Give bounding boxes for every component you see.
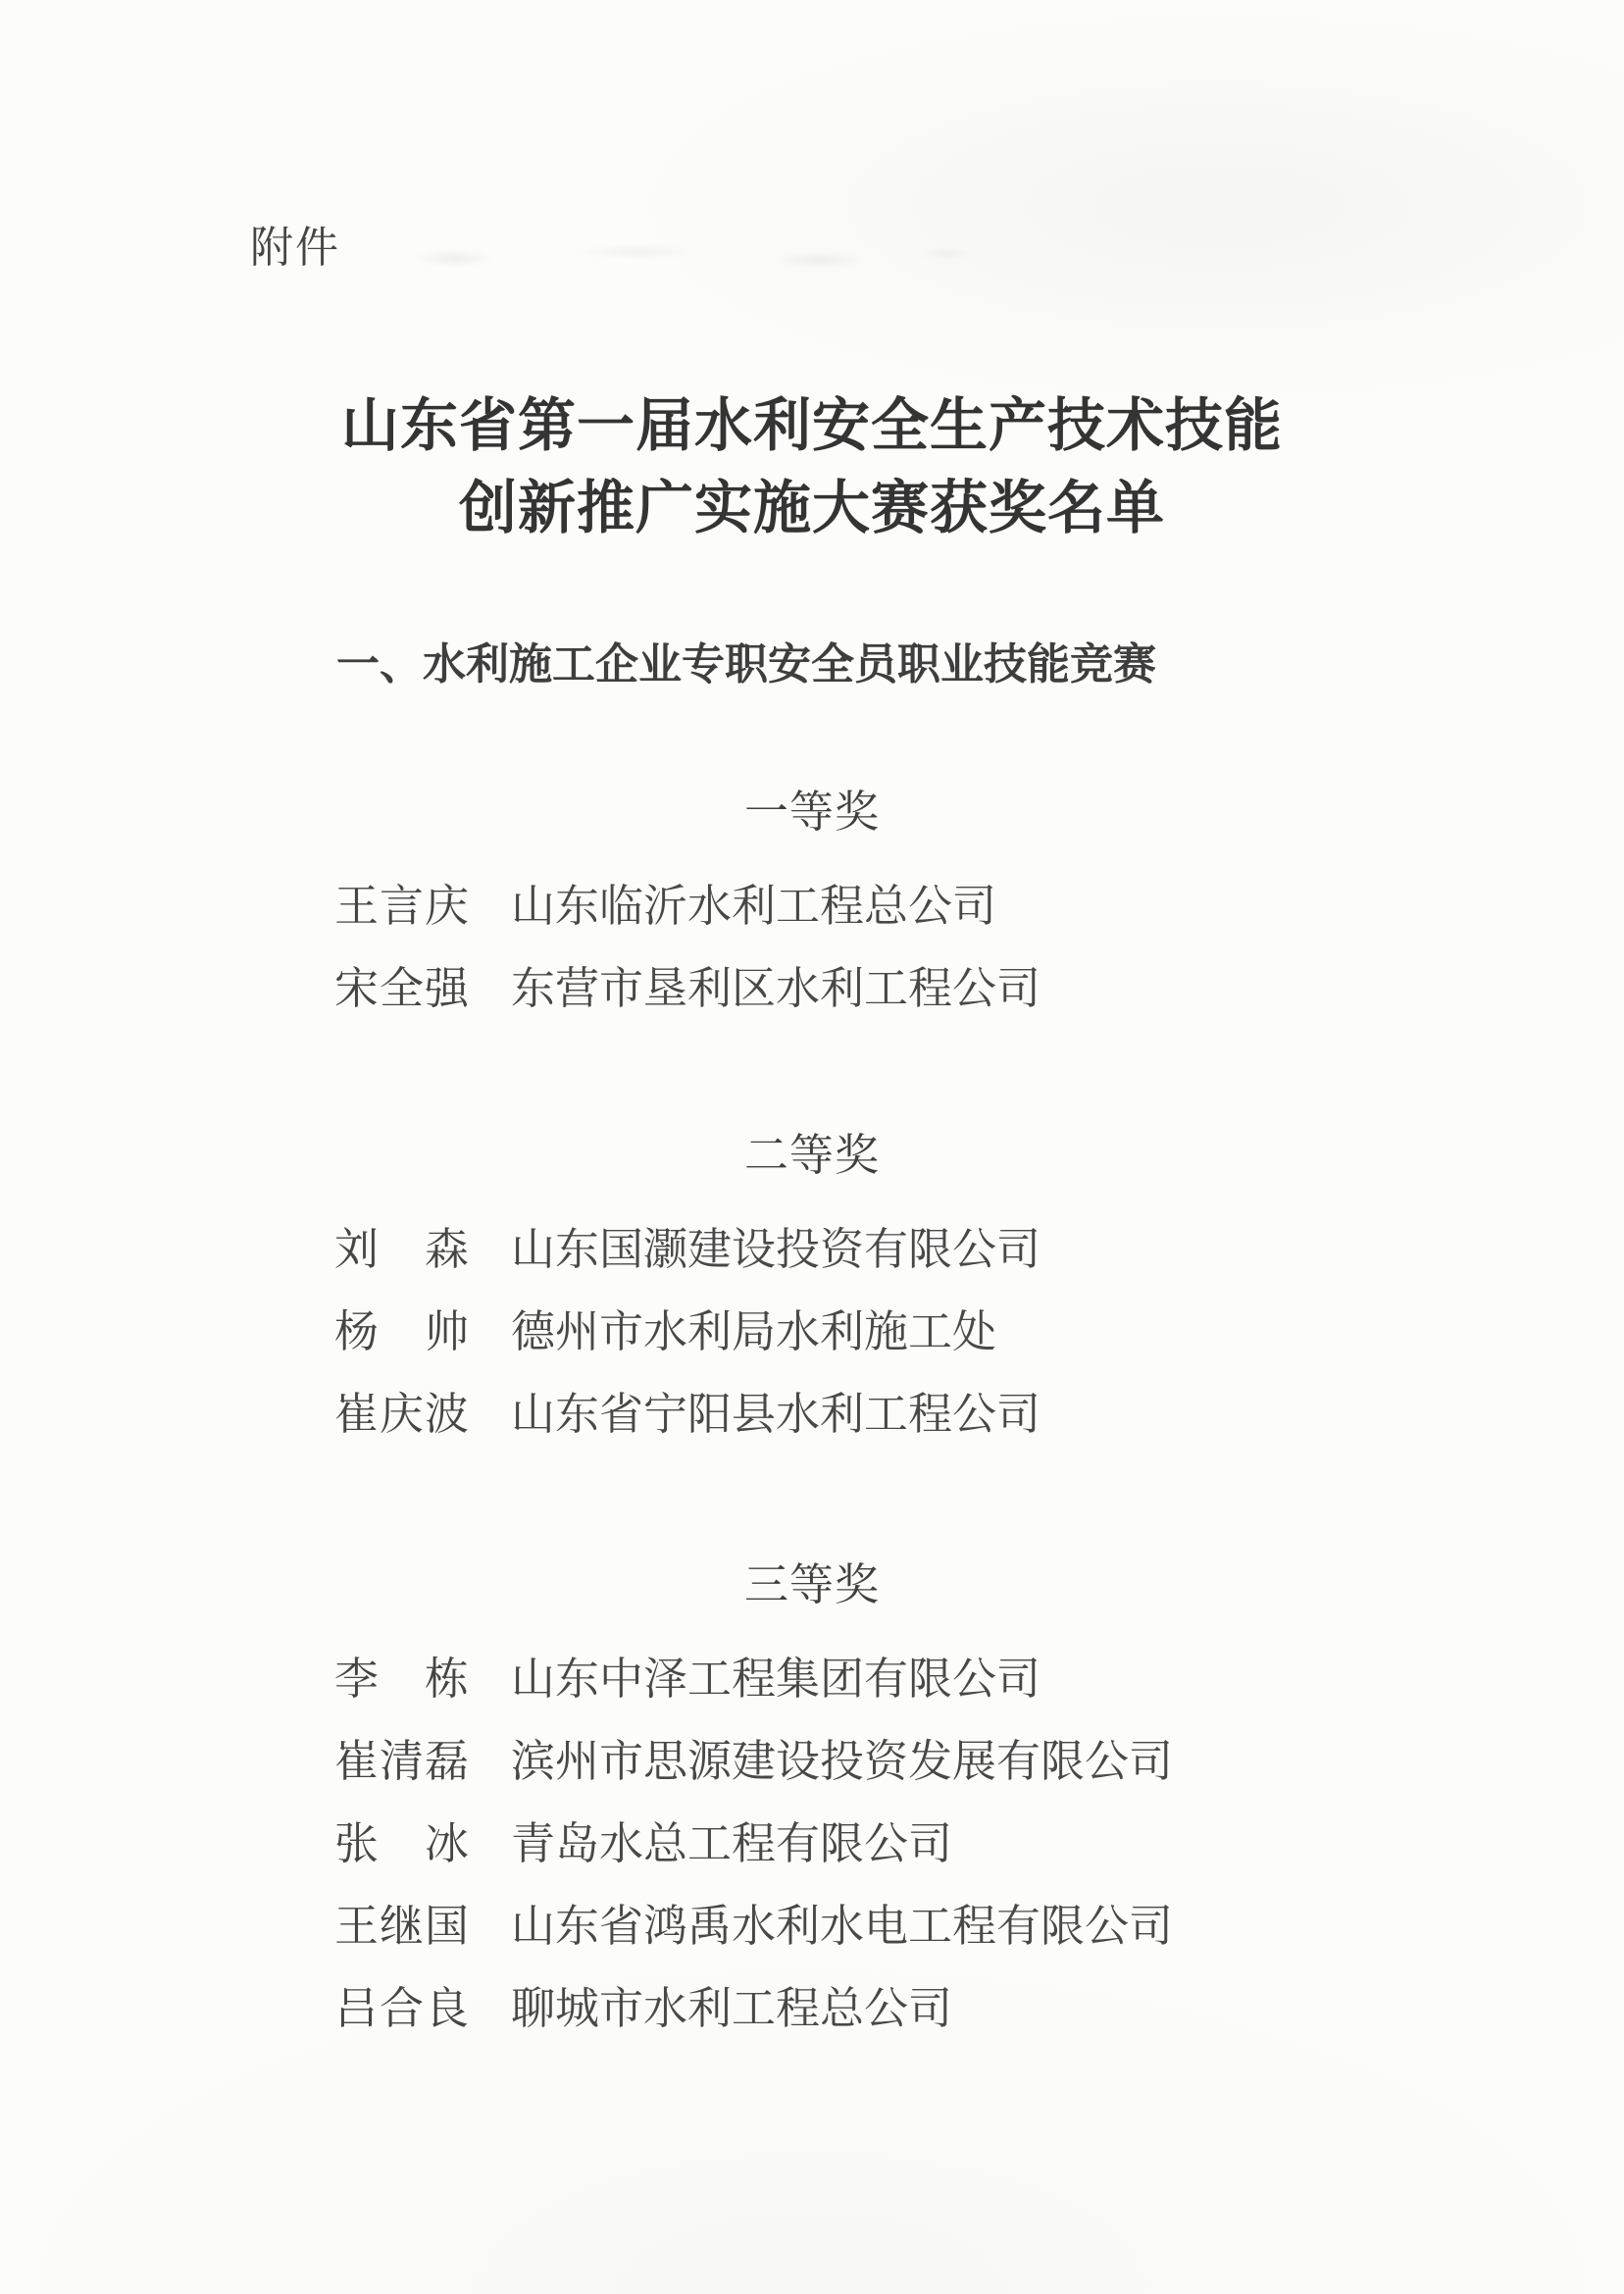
winner-name: 张冰 [334, 1818, 469, 1869]
winner-organization: 山东省鸿禹水利水电工程有限公司 [511, 1901, 1173, 1952]
award-level-label: 二等奖 [0, 1130, 1624, 1181]
winner-name: 李栋 [334, 1654, 469, 1705]
award-group-second-prize: 二等奖 刘森 山东国灏建设投资有限公司 杨帅 德州市水利局水利施工处 崔庆波 山… [0, 1130, 1624, 1471]
award-group-first-prize: 一等奖 王言庆 山东临沂水利工程总公司 宋全强 东营市垦利区水利工程公司 [0, 787, 1624, 1045]
winner-name: 王继国 [334, 1901, 469, 1952]
winner-name: 宋全强 [334, 963, 469, 1014]
winner-list-first-prize: 王言庆 山东临沂水利工程总公司 宋全强 东营市垦利区水利工程公司 [334, 881, 1624, 1014]
winner-organization: 山东临沂水利工程总公司 [511, 881, 996, 932]
winner-row: 宋全强 东营市垦利区水利工程公司 [334, 963, 1624, 1014]
section-heading: 一、水利施工企业专职安全员职业技能竞赛 [336, 639, 1156, 690]
winner-organization: 青岛水总工程有限公司 [511, 1818, 952, 1869]
document-title-line-2: 创新推广实施大赛获奖名单 [0, 467, 1624, 549]
winner-row: 李栋 山东中泽工程集团有限公司 [334, 1654, 1624, 1705]
winner-name: 王言庆 [334, 881, 469, 932]
winner-list-second-prize: 刘森 山东国灏建设投资有限公司 杨帅 德州市水利局水利施工处 崔庆波 山东省宁阳… [334, 1224, 1624, 1440]
award-level-label: 三等奖 [0, 1559, 1624, 1610]
winner-organization: 山东国灏建设投资有限公司 [511, 1224, 1040, 1275]
award-group-third-prize: 三等奖 李栋 山东中泽工程集团有限公司 崔清磊 滨州市思源建设投资发展有限公司 … [0, 1559, 1624, 2065]
winner-row: 杨帅 德州市水利局水利施工处 [334, 1306, 1624, 1357]
winner-organization: 东营市垦利区水利工程公司 [511, 963, 1040, 1014]
winner-organization: 德州市水利局水利施工处 [511, 1306, 996, 1357]
document-title-line-1: 山东省第一届水利安全生产技术技能 [0, 384, 1624, 467]
scan-bleedthrough-artifact [363, 235, 971, 277]
winner-row: 吕合良 聊城市水利工程总公司 [334, 1983, 1624, 2034]
winner-organization: 聊城市水利工程总公司 [511, 1983, 952, 2034]
winner-row: 张冰 青岛水总工程有限公司 [334, 1818, 1624, 1869]
winner-name: 崔清磊 [334, 1736, 469, 1787]
winner-organization: 滨州市思源建设投资发展有限公司 [511, 1736, 1173, 1787]
winner-name: 杨帅 [334, 1306, 469, 1357]
document-title: 山东省第一届水利安全生产技术技能 创新推广实施大赛获奖名单 [0, 384, 1624, 549]
winner-name: 崔庆波 [334, 1389, 469, 1440]
winner-row: 王言庆 山东临沂水利工程总公司 [334, 881, 1624, 932]
winner-row: 崔庆波 山东省宁阳县水利工程公司 [334, 1389, 1624, 1440]
winner-row: 刘森 山东国灏建设投资有限公司 [334, 1224, 1624, 1275]
winner-organization: 山东中泽工程集团有限公司 [511, 1654, 1040, 1705]
winner-row: 崔清磊 滨州市思源建设投资发展有限公司 [334, 1736, 1624, 1787]
scanned-document-page: 附件 山东省第一届水利安全生产技术技能 创新推广实施大赛获奖名单 一、水利施工企… [0, 0, 1624, 2294]
winner-row: 王继国 山东省鸿禹水利水电工程有限公司 [334, 1901, 1624, 1952]
winner-list-third-prize: 李栋 山东中泽工程集团有限公司 崔清磊 滨州市思源建设投资发展有限公司 张冰 青… [334, 1654, 1624, 2034]
attachment-label: 附件 [250, 224, 340, 273]
award-level-label: 一等奖 [0, 787, 1624, 838]
winner-name: 刘森 [334, 1224, 469, 1275]
winner-name: 吕合良 [334, 1983, 469, 2034]
winner-organization: 山东省宁阳县水利工程公司 [511, 1389, 1040, 1440]
